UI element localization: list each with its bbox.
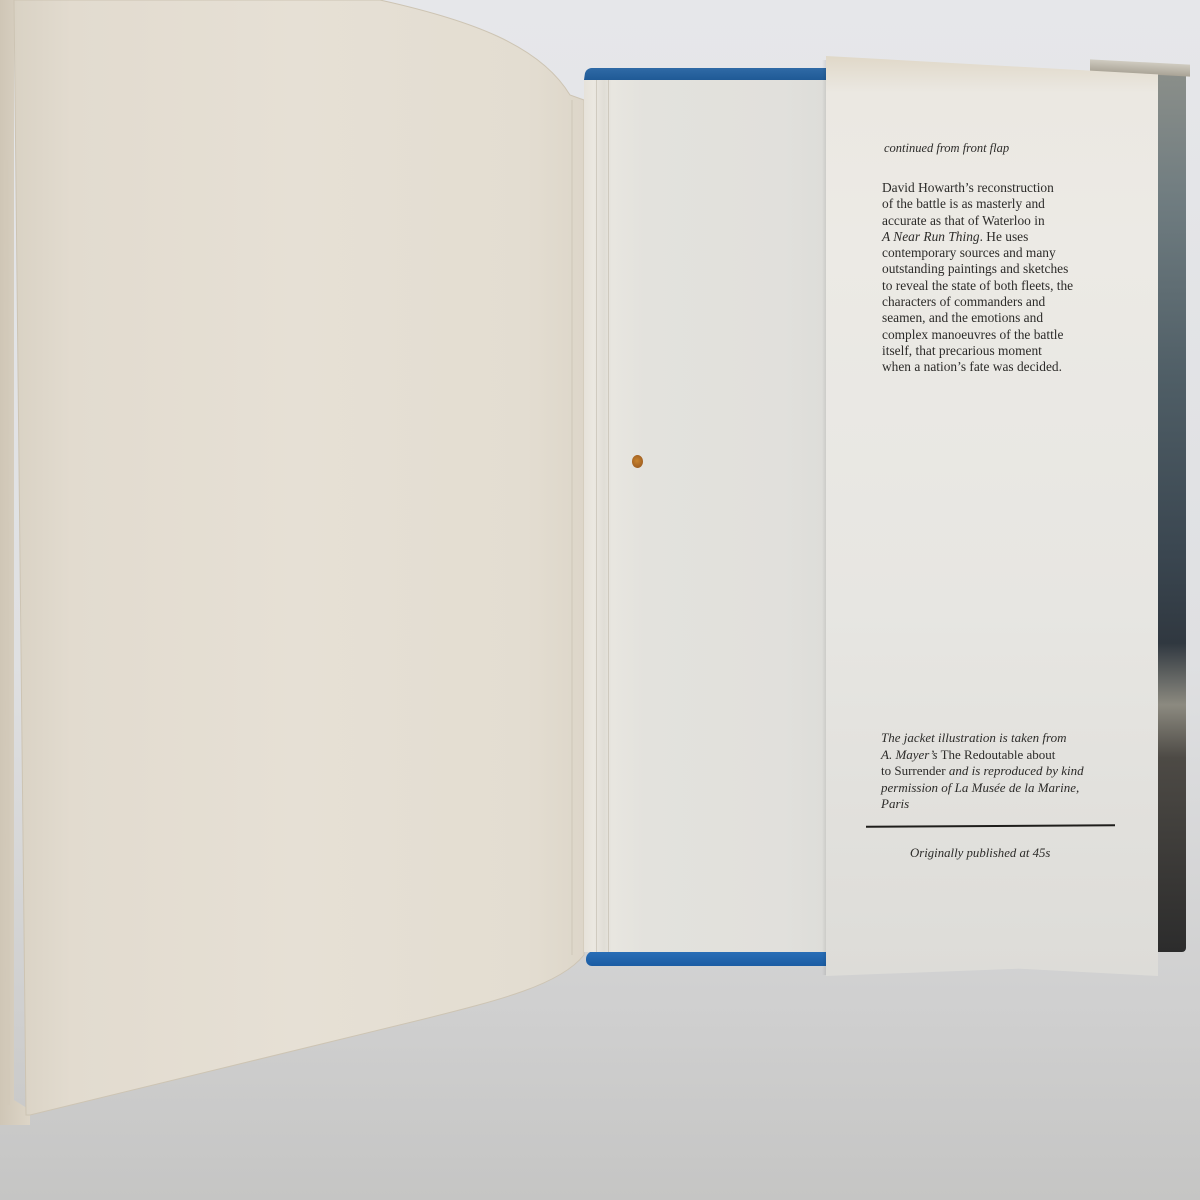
blurb-line: David Howarth’s reconstruction bbox=[882, 180, 1122, 196]
credit-line: to Surrender and is reproduced by kind bbox=[881, 763, 1131, 780]
hinge-crease bbox=[608, 80, 609, 952]
flap-blurb: David Howarth’s reconstruction of the ba… bbox=[882, 180, 1122, 376]
blurb-line: when a nation’s fate was decided. bbox=[882, 359, 1122, 375]
blurb-line: accurate as that of Waterloo in bbox=[882, 213, 1122, 229]
blurb-line: seamen, and the emotions and bbox=[882, 310, 1122, 326]
rear-pastedown-endpaper bbox=[584, 80, 834, 952]
blurb-line: to reveal the state of both fleets, the bbox=[882, 278, 1122, 294]
blurb-line: A Near Run Thing. He uses bbox=[882, 229, 1122, 245]
cloth-cover-bottom-edge bbox=[586, 951, 832, 966]
left-endpaper bbox=[0, 0, 590, 1120]
credit-line: The jacket illustration is taken from bbox=[881, 730, 1131, 747]
photo-scene: continued from front flap David Howarth’… bbox=[0, 0, 1200, 1200]
credit-line: permission of La Musée de la Marine, bbox=[881, 780, 1131, 797]
blurb-line: outstanding paintings and sketches bbox=[882, 261, 1122, 277]
left-endpaper-shape bbox=[0, 0, 600, 1130]
blurb-line: of the battle is as masterly and bbox=[882, 196, 1122, 212]
cloth-cover-top-edge bbox=[584, 68, 832, 80]
credit-line: A. Mayer’s The Redoutable about bbox=[881, 747, 1131, 764]
blurb-line: characters of commanders and bbox=[882, 294, 1122, 310]
credit-line: Paris bbox=[881, 796, 1131, 813]
flap-continued-header: continued from front flap bbox=[884, 141, 1009, 156]
foxing-spot bbox=[632, 455, 643, 468]
blurb-line: itself, that precarious moment bbox=[882, 343, 1122, 359]
blurb-line: complex manoeuvres of the battle bbox=[882, 327, 1122, 343]
jacket-illustration-credit: The jacket illustration is taken from A.… bbox=[881, 730, 1131, 813]
original-price-note: Originally published at 45s bbox=[910, 846, 1050, 861]
blurb-line: contemporary sources and many bbox=[882, 245, 1122, 261]
hinge-crease bbox=[596, 80, 597, 952]
book-title-reference: A Near Run Thing bbox=[882, 229, 980, 244]
